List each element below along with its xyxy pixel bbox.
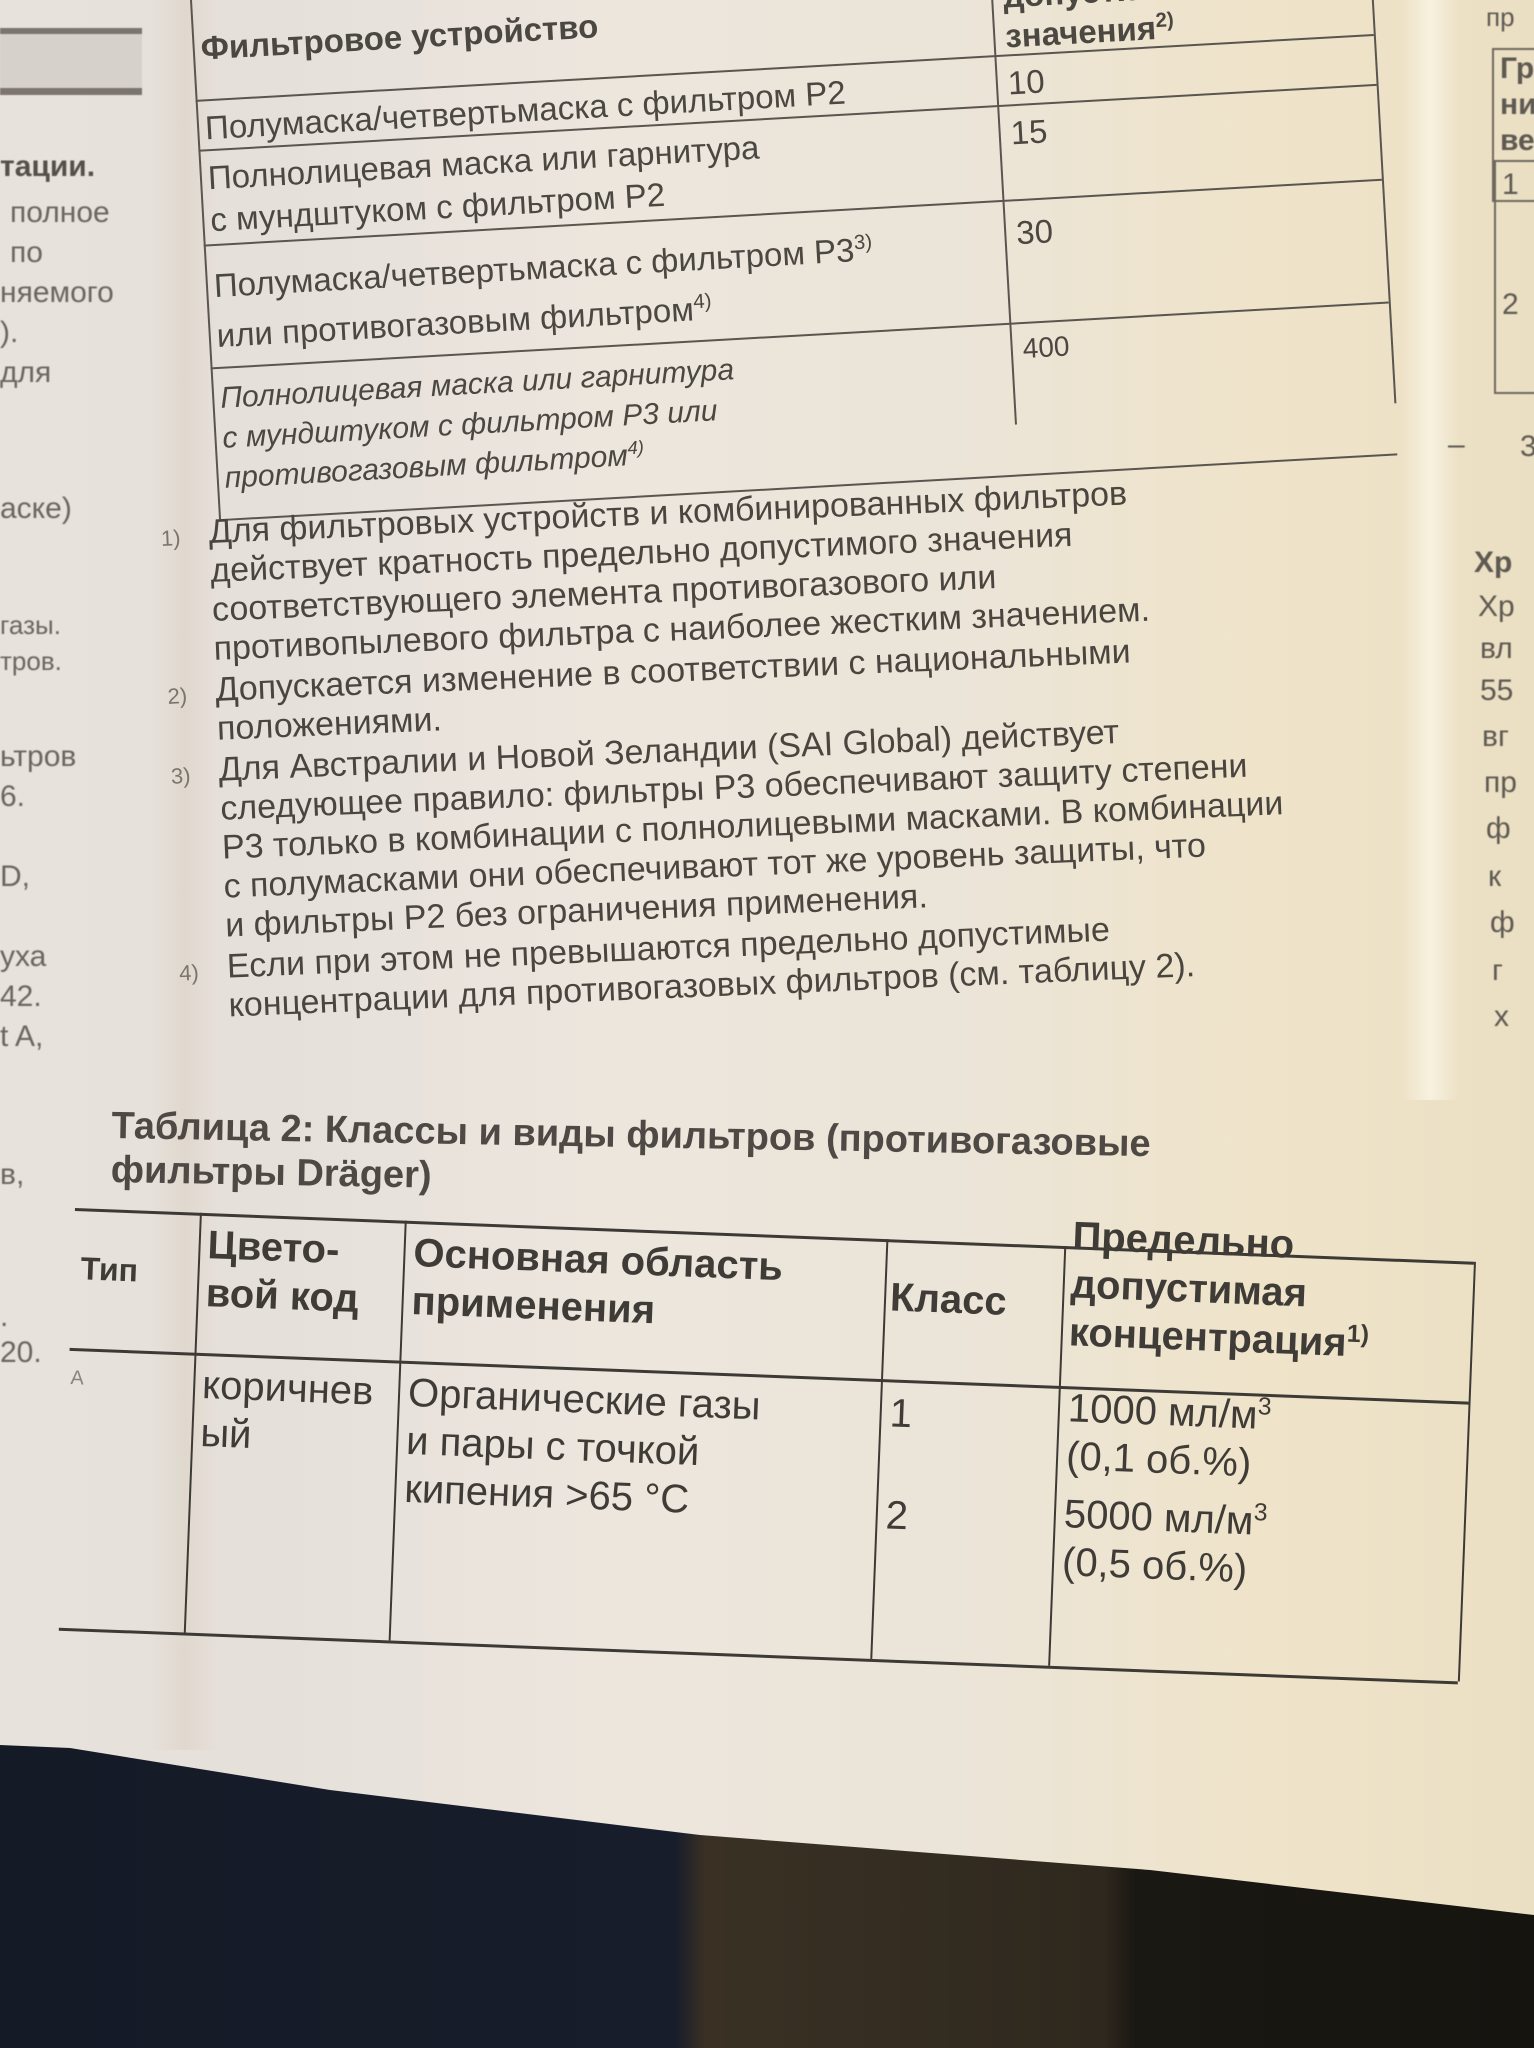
cell-type: A [70,1354,85,1402]
fragment-text: тации. [0,150,95,184]
unit-exponent: 3 [1257,1393,1272,1421]
column-header-application: Основная область применения [411,1229,784,1339]
cell-line: коричнев [201,1361,374,1416]
table-border [184,1213,202,1633]
table-filter-classes: Тип Цвето- вой код Основная область прим… [56,1208,1474,1751]
fragment-text: по [10,236,43,270]
fragment-text: D, [0,860,30,894]
fragment-text: тров. [0,646,62,677]
fragment-text: вг [1482,720,1509,754]
table-border [1048,1246,1066,1666]
fragment-text: ). [0,316,18,350]
footnote-number: 2) [167,676,188,716]
cell-line: 1000 мл/м [1067,1386,1258,1437]
fragment-text: к [1488,860,1501,894]
unit-exponent: 3 [1253,1499,1268,1527]
column-header-class: Класс [889,1273,1007,1325]
column-header-color-code: Цвето- вой код [205,1221,362,1323]
table-row: Полумаска/четвертьмаска с фильтром P33) … [213,224,877,361]
fragment-text: ве [1500,124,1534,158]
divider [0,88,142,95]
table-border [59,1628,1458,1685]
fragment-text: 3 [1520,430,1534,464]
fragment-text: t A, [0,1020,43,1054]
fragment-text: в, [0,1158,24,1192]
footnotes: 1) Для фильтровых устройств и комбиниров… [160,461,1480,1030]
table-cell-value: 400 [1022,325,1071,370]
column-header-device: Фильтровое устройство [200,5,600,69]
table-border [870,1239,888,1659]
fragment-text: 6. [0,780,25,814]
cell-limit-1: 1000 мл/м3 (0,1 об.%) [1065,1384,1272,1488]
column-header-type: Тип [80,1244,139,1294]
column-header-limit: Предельно допустимая концентрация1) [1068,1212,1373,1367]
cell-line: ый [200,1409,373,1464]
footnote-ref: 3) [853,230,872,254]
fragment-text: – [1448,428,1465,462]
cell-class-2: 2 [885,1491,909,1540]
fragment-text: Хр [1474,546,1512,580]
fragment-text: для [0,356,51,390]
fragment-text: 55 [1480,674,1513,708]
fragment-text: ни [1500,88,1534,122]
fragment-text: пр [1484,766,1517,800]
cell-class-1: 1 [889,1389,913,1438]
table-border [389,1221,407,1641]
fragment-text: газы. [0,610,61,641]
table-protection-factors: Фильтровое устройство пред допустимого з… [190,0,1397,509]
cell-application: Органические газы и пары с точкой кипени… [404,1369,762,1526]
footnote-number: 3) [170,756,191,796]
cell-line: 5000 мл/м [1063,1492,1254,1543]
header-text: допустимого значения [1002,0,1215,55]
fragment-text: аске) [0,492,72,526]
table-cell-value: 15 [1010,110,1049,154]
fragment-text: уха [0,940,46,974]
cell-limit-2: 5000 мл/м3 (0,5 об.%) [1061,1490,1268,1594]
fragment-text: Хр [1478,590,1515,624]
fragment-text: ф [1490,906,1515,940]
fragment-text: 1 [1502,168,1519,202]
fragment-text: полное [10,196,110,230]
header-line: концентрация [1068,1310,1347,1365]
header-band [0,34,142,90]
fragment-text: х [1494,1000,1509,1034]
header-line: вой код [205,1269,360,1323]
footnote-number: 4) [178,953,199,993]
fragment-text: вл [1480,632,1513,666]
column-header-value: допустимого значения2) [1002,0,1366,57]
fragment-text: няемого [0,276,114,310]
fragment-text: ф [1486,812,1511,846]
fragment-text: ьтров [0,740,76,774]
fragment-text: 2 [1502,288,1519,322]
cell-line: (0,1 об.%) [1065,1432,1270,1488]
footnote-ref: 4) [627,436,645,458]
fragment-text: 42. [0,980,42,1014]
footnote-ref: 4) [693,289,712,313]
table-cell-value: 30 [1015,210,1054,254]
table-row: Полнолицевая маска или гарнитура с мундш… [219,350,739,499]
fragment-text: пр [1486,2,1515,33]
footnote-ref: 2) [1155,8,1174,32]
fragment-text: г [1492,954,1503,988]
fragment-text: . [0,1300,8,1334]
header-line: Цвето- [207,1221,362,1275]
cell-line: (0,5 об.%) [1061,1538,1266,1594]
cell-color-code: коричнев ый [200,1361,375,1464]
footnote-number: 1) [160,518,181,558]
fragment-text: 20. [0,1336,42,1370]
footnote-ref: 1) [1346,1321,1369,1349]
table-cell-value: 10 [1007,60,1046,104]
fragment-text: Гр [1500,52,1534,86]
